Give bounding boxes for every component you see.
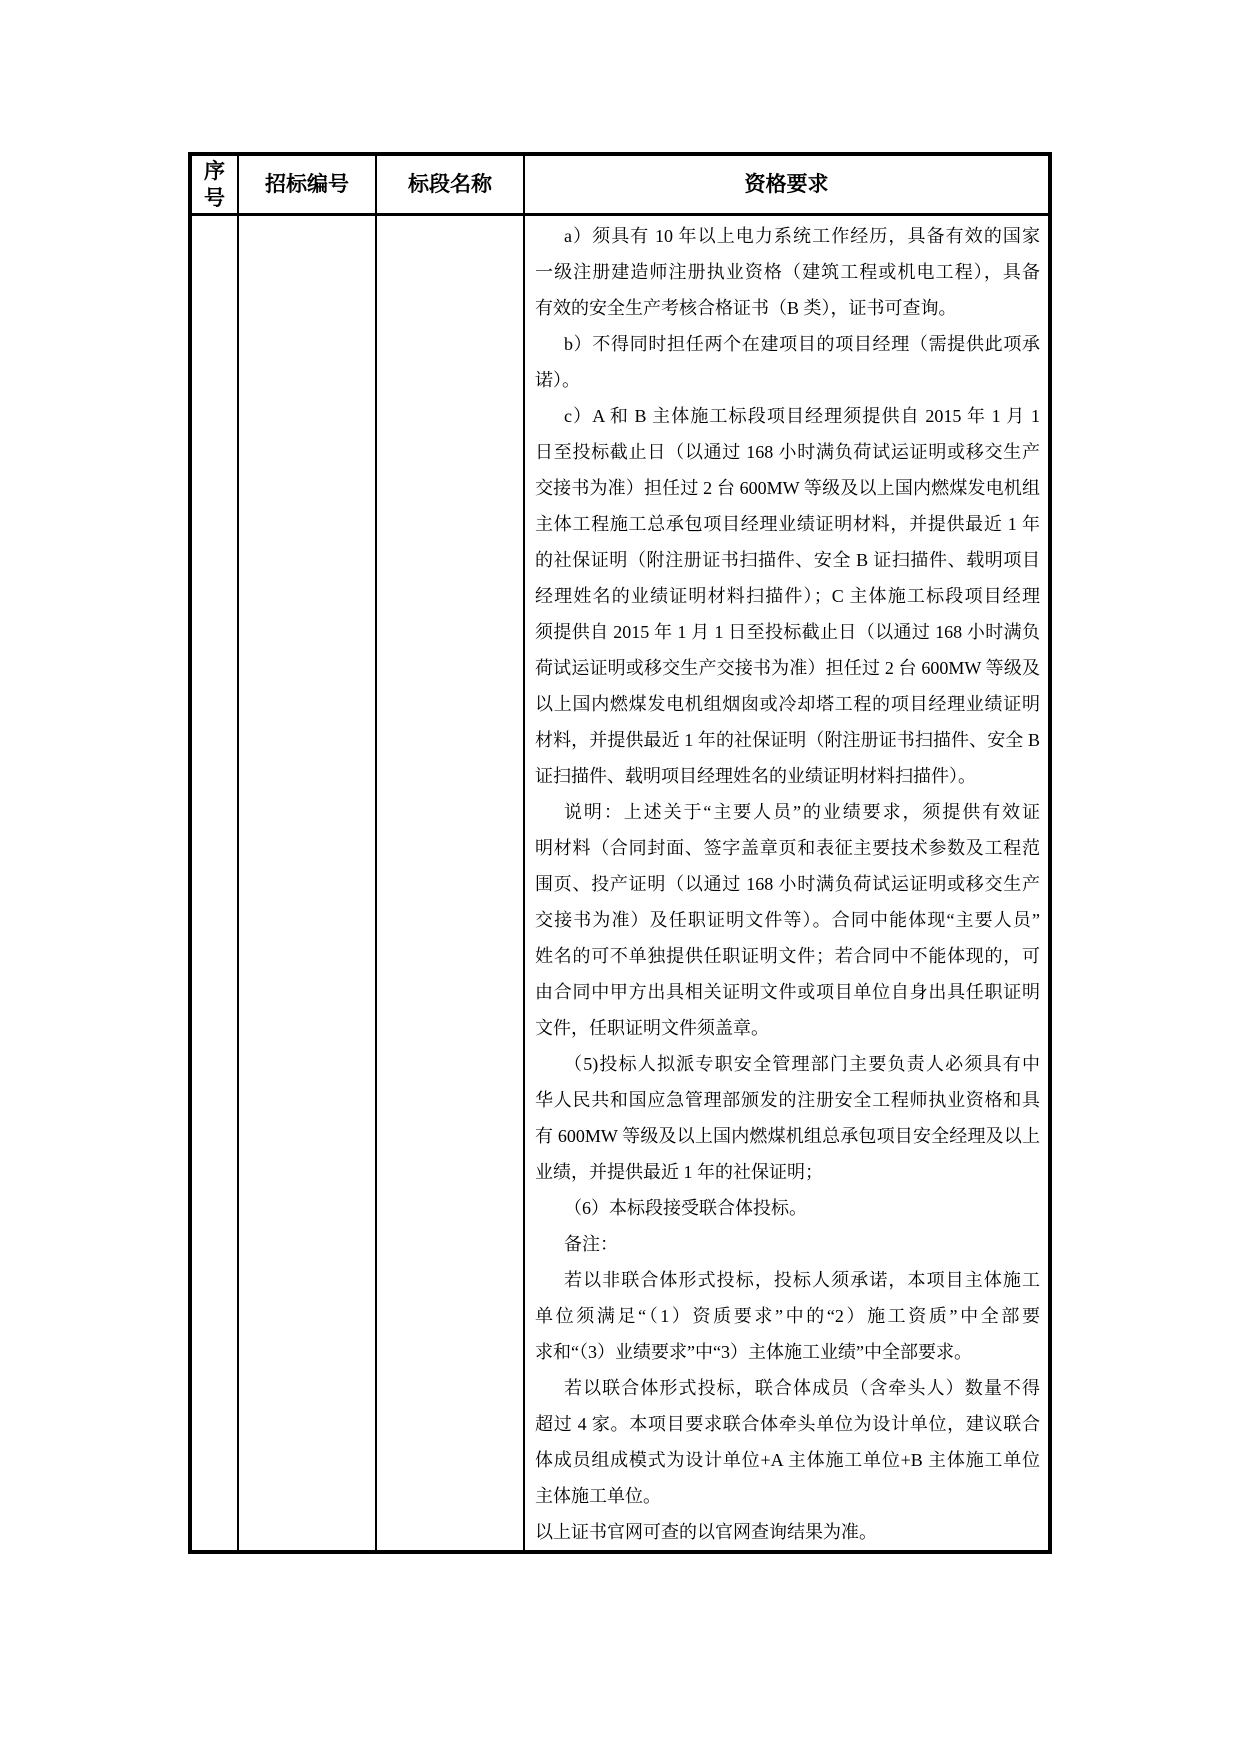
- requirement-line: 主体施工单位。: [535, 1478, 1040, 1514]
- requirement-line: 有效的安全生产考核合格证书（B 类），证书可查询。: [535, 290, 1040, 326]
- requirement-line: b）不得同时担任两个在建项目的项目经理（需提供此项承: [535, 326, 1040, 362]
- requirement-line: 交接书为准）及任职证明文件等）。合同中能体现“主要人员”: [535, 902, 1040, 938]
- requirement-line: 备注：: [535, 1226, 1040, 1262]
- requirement-line: 体成员组成模式为设计单位+A 主体施工单位+B 主体施工单位+C: [535, 1442, 1040, 1478]
- requirement-line: 主体工程施工总承包项目经理业绩证明材料，并提供最近 1 年: [535, 506, 1040, 542]
- requirement-line: 证扫描件、载明项目经理姓名的业绩证明材料扫描件）。: [535, 758, 1040, 794]
- requirement-line: 交接书为准）担任过 2 台 600MW 等级及以上国内燃煤发电机组: [535, 470, 1040, 506]
- requirement-line: 以上国内燃煤发电机组烟囱或冷却塔工程的项目经理业绩证明: [535, 686, 1040, 722]
- requirement-line: 须提供自 2015 年 1 月 1 日至投标截止日（以通过 168 小时满负: [535, 614, 1040, 650]
- requirement-line: 有 600MW 等级及以上国内燃煤机组总承包项目安全经理及以上: [535, 1118, 1040, 1154]
- body-cell-tender-number: [239, 216, 377, 1550]
- requirement-line: 业绩，并提供最近 1 年的社保证明；: [535, 1154, 1040, 1190]
- requirement-line: 若以联合体形式投标，联合体成员（含牵头人）数量不得: [535, 1370, 1040, 1406]
- requirement-line: 若以非联合体形式投标，投标人须承诺，本项目主体施工: [535, 1262, 1040, 1298]
- header-cell-section-name: 标段名称: [377, 156, 525, 213]
- requirement-line: 诺）。: [535, 362, 1040, 398]
- requirement-line: c）A 和 B 主体施工标段项目经理须提供自 2015 年 1 月 1: [535, 398, 1040, 434]
- document-page: 序号 招标编号 标段名称 资格要求 a）须具有 10 年以上电力系统工作经历，具…: [0, 0, 1240, 1753]
- requirement-line: 说明：上述关于“主要人员”的业绩要求，须提供有效证: [535, 794, 1040, 830]
- requirement-line: 一级注册建造师注册执业资格（建筑工程或机电工程），具备: [535, 254, 1040, 290]
- body-cell-seq: [192, 216, 239, 1550]
- requirement-line: 超过 4 家。本项目要求联合体牵头单位为设计单位，建议联合: [535, 1406, 1040, 1442]
- requirement-line: 姓名的可不单独提供任职证明文件；若合同中不能体现的，可: [535, 938, 1040, 974]
- header-cell-qualification: 资格要求: [525, 156, 1048, 213]
- body-cell-qualification-requirements: a）须具有 10 年以上电力系统工作经历，具备有效的国家一级注册建造师注册执业资…: [525, 216, 1048, 1550]
- requirement-line: 围页、投产证明（以通过 168 小时满负荷试运证明或移交生产: [535, 866, 1040, 902]
- table-header-row: 序号 招标编号 标段名称 资格要求: [192, 156, 1048, 216]
- table-body-row: a）须具有 10 年以上电力系统工作经历，具备有效的国家一级注册建造师注册执业资…: [192, 216, 1048, 1550]
- requirement-line: 以上证书官网可查的以官网查询结果为准。: [535, 1514, 1040, 1550]
- body-cell-section-name: [377, 216, 525, 1550]
- header-cell-tender-number: 招标编号: [239, 156, 377, 213]
- header-label-tender-number: 招标编号: [265, 171, 349, 198]
- qualification-requirements-table: 序号 招标编号 标段名称 资格要求 a）须具有 10 年以上电力系统工作经历，具…: [188, 152, 1052, 1554]
- header-cell-seq: 序号: [192, 156, 239, 213]
- requirement-line: 经理姓名的业绩证明材料扫描件）；C 主体施工标段项目经理: [535, 578, 1040, 614]
- header-label-seq: 序号: [202, 158, 227, 212]
- requirement-line: a）须具有 10 年以上电力系统工作经历，具备有效的国家: [535, 218, 1040, 254]
- header-label-qualification: 资格要求: [745, 171, 829, 198]
- requirement-line: （5)投标人拟派专职安全管理部门主要负责人必须具有中: [535, 1046, 1040, 1082]
- requirement-line: 求和“（3）业绩要求”中“3）主体施工业绩”中全部要求。: [535, 1334, 1040, 1370]
- requirement-line: 华人民共和国应急管理部颁发的注册安全工程师执业资格和具: [535, 1082, 1040, 1118]
- requirement-line: 由合同中甲方出具相关证明文件或项目单位自身出具任职证明: [535, 974, 1040, 1010]
- requirement-line: 日至投标截止日（以通过 168 小时满负荷试运证明或移交生产: [535, 434, 1040, 470]
- requirement-line: 材料，并提供最近 1 年的社保证明（附注册证书扫描件、安全 B: [535, 722, 1040, 758]
- header-label-section-name: 标段名称: [408, 171, 492, 198]
- requirement-line: 的社保证明（附注册证书扫描件、安全 B 证扫描件、载明项目: [535, 542, 1040, 578]
- requirement-line: （6）本标段接受联合体投标。: [535, 1190, 1040, 1226]
- requirement-line: 荷试运证明或移交生产交接书为准）担任过 2 台 600MW 等级及: [535, 650, 1040, 686]
- requirement-line: 单位须满足“（1）资质要求”中的“2）施工资质”中全部要: [535, 1298, 1040, 1334]
- requirement-line: 文件，任职证明文件须盖章。: [535, 1010, 1040, 1046]
- requirement-line: 明材料（合同封面、签字盖章页和表征主要技术参数及工程范: [535, 830, 1040, 866]
